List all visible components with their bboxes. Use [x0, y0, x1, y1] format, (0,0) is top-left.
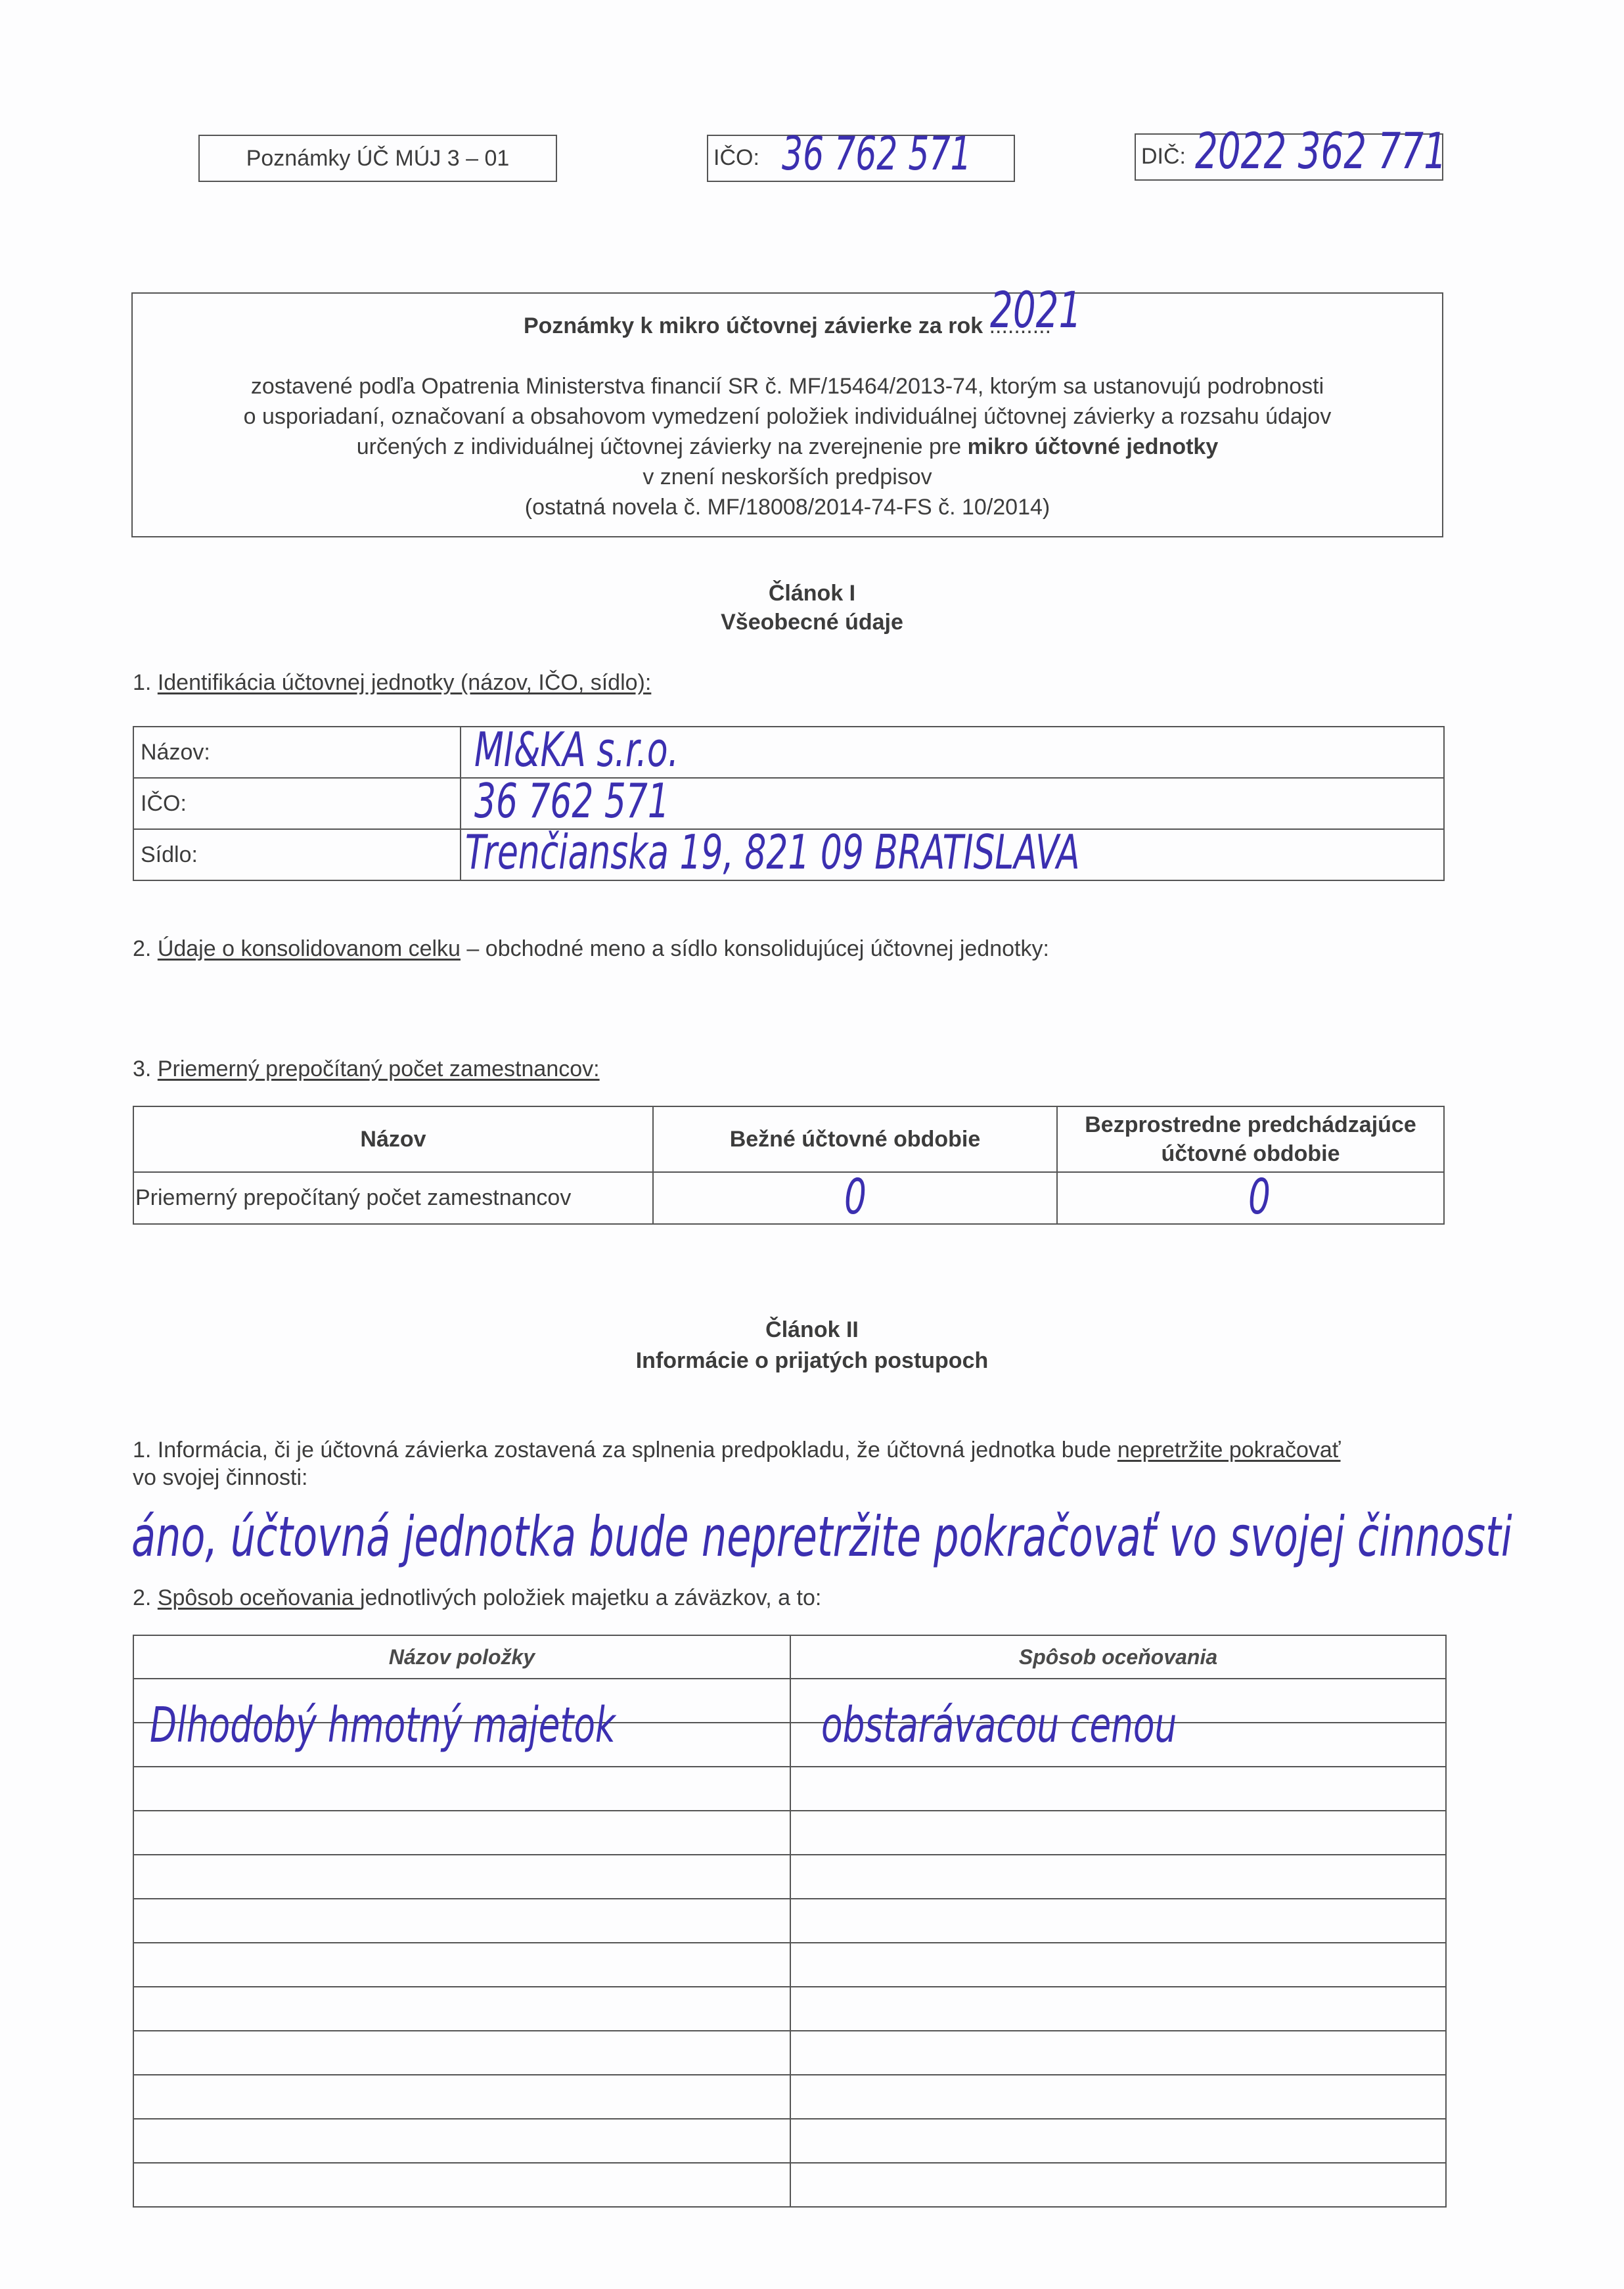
col-header-item-name: Názov položky	[133, 1635, 790, 1679]
section-title: Údaje o konsolidovanom celku	[158, 936, 461, 961]
section-title: Priemerný prepočítaný počet zamestnancov…	[158, 1056, 600, 1081]
item-name-cell[interactable]	[133, 1811, 790, 1855]
item-name-value: Dlhodobý hmotný majetok	[150, 1697, 616, 1754]
valuation-method-value: obstarávacou cenou	[821, 1697, 1177, 1754]
item-name-cell[interactable]	[133, 1855, 790, 1899]
section-title: Spôsob oceňovania	[158, 1585, 360, 1610]
dic-label[interactable]: DIČ:	[1141, 144, 1186, 170]
section-number: 2.	[133, 936, 158, 961]
item-name-cell[interactable]	[133, 2031, 790, 2075]
article-1-heading: Článok I	[0, 581, 1624, 606]
employees-previous-value: 0	[1248, 1169, 1271, 1225]
going-concern-text: 1. Informácia, či je účtovná závierka zo…	[133, 1438, 1117, 1462]
section-1-identification-label: 1. Identifikácia účtovnej jednotky (názo…	[133, 670, 651, 696]
description-line-4: v znení neskorších predpisov	[133, 462, 1442, 492]
section-number: 3.	[133, 1056, 158, 1081]
section-number: 1.	[133, 670, 158, 695]
title-text: Poznámky k mikro účtovnej závierke za ro…	[524, 313, 989, 338]
col-header-current-period: Bežné účtovné obdobie	[653, 1106, 1057, 1172]
valuation-method-cell[interactable]	[790, 2119, 1446, 2163]
description-line-3-text: určených z individuálnej účtovnej závier…	[357, 434, 968, 459]
valuation-method-cell[interactable]: obstarávacou cenou	[790, 1723, 1446, 1767]
table-row	[133, 2163, 1446, 2207]
item-name-cell[interactable]	[133, 1767, 790, 1811]
valuation-table: Názov položky Spôsob oceňovania Dlhodobý…	[133, 1635, 1447, 2208]
section-title: Identifikácia účtovnej jednotky (názov, …	[158, 670, 652, 695]
valuation-method-cell[interactable]	[790, 1767, 1446, 1811]
section-description: jednotlivých položiek majetku a záväzkov…	[360, 1585, 821, 1610]
table-row	[133, 2075, 1446, 2119]
table-row: Dlhodobý hmotný majetokobstarávacou ceno…	[133, 1723, 1446, 1767]
ico-row-value: 36 762 571	[474, 773, 669, 828]
form-code-box: Poznámky ÚČ MÚJ 3 – 01	[198, 135, 557, 182]
table-row	[133, 1899, 1446, 1943]
valuation-method-cell[interactable]	[790, 1855, 1446, 1899]
table-row	[133, 1943, 1446, 1987]
item-name-cell[interactable]	[133, 1987, 790, 2031]
section-number: 2.	[133, 1585, 158, 1610]
section-2-consolidation-label: 2. Údaje o konsolidovanom celku – obchod…	[133, 936, 1049, 962]
table-header-row: Názov položky Spôsob oceňovania	[133, 1635, 1446, 1679]
ico-value[interactable]: 36 762 571	[782, 127, 972, 181]
employees-table: Názov Bežné účtovné obdobie Bezprostredn…	[133, 1106, 1445, 1225]
item-name-cell[interactable]	[133, 2119, 790, 2163]
ico-row-label: IČO:	[133, 778, 461, 829]
address-field[interactable]: Trenčianska 19, 821 09 BRATISLAVA	[461, 829, 1444, 880]
item-name-cell[interactable]	[133, 1899, 790, 1943]
item-name-cell[interactable]: Dlhodobý hmotný majetok	[133, 1723, 790, 1767]
employees-previous-field[interactable]: 0	[1057, 1172, 1444, 1224]
article-1-subheading: Všeobecné údaje	[0, 610, 1624, 635]
employees-current-value: 0	[844, 1169, 867, 1225]
form-code-label: Poznámky ÚČ MÚJ 3 – 01	[200, 136, 556, 181]
name-value: MI&KA s.r.o.	[474, 722, 679, 777]
title-description: zostavené podľa Opatrenia Ministerstva f…	[133, 371, 1442, 522]
address-value: Trenčianska 19, 821 09 BRATISLAVA	[465, 825, 1080, 880]
valuation-method-cell[interactable]	[790, 2031, 1446, 2075]
description-line-1: zostavené podľa Opatrenia Ministerstva f…	[133, 371, 1442, 401]
year-value[interactable]: 2021	[990, 281, 1081, 339]
address-label: Sídlo:	[133, 829, 461, 880]
table-row	[133, 1811, 1446, 1855]
item-name-cell[interactable]	[133, 1943, 790, 1987]
dic-value[interactable]: 2022 362 771	[1195, 122, 1447, 180]
going-concern-question: 1. Informácia, či je účtovná závierka zo…	[133, 1436, 1447, 1491]
section-2-valuation-label: 2. Spôsob oceňovania jednotlivých položi…	[133, 1585, 821, 1611]
document-title: Poznámky k mikro účtovnej závierke za ro…	[133, 313, 1442, 339]
table-row: IČO: 36 762 571	[133, 778, 1444, 829]
table-row	[133, 1987, 1446, 2031]
title-box: Poznámky k mikro účtovnej závierke za ro…	[131, 292, 1443, 537]
article-2-subheading: Informácie o prijatých postupoch	[0, 1348, 1624, 1374]
item-name-cell[interactable]	[133, 2075, 790, 2119]
going-concern-underlined: nepretržite pokračovať	[1117, 1438, 1341, 1462]
employees-current-field[interactable]: 0	[653, 1172, 1057, 1224]
name-field[interactable]: MI&KA s.r.o.	[461, 727, 1444, 778]
table-row	[133, 2119, 1446, 2163]
table-row	[133, 2031, 1446, 2075]
identification-table: Názov: MI&KA s.r.o. IČO: 36 762 571 Sídl…	[133, 726, 1445, 881]
table-header-row: Názov Bežné účtovné obdobie Bezprostredn…	[133, 1106, 1444, 1172]
dic-box: DIČ: 2022 362 771	[1135, 133, 1443, 181]
table-row	[133, 1855, 1446, 1899]
article-2-heading: Článok II	[0, 1317, 1624, 1343]
valuation-method-cell[interactable]	[790, 1899, 1446, 1943]
valuation-method-cell[interactable]	[790, 1987, 1446, 2031]
ico-field[interactable]: 36 762 571	[461, 778, 1444, 829]
table-row: Priemerný prepočítaný počet zamestnancov…	[133, 1172, 1444, 1224]
description-line-3-bold: mikro účtovné jednotky	[968, 434, 1219, 459]
valuation-method-cell[interactable]	[790, 1943, 1446, 1987]
ico-box: IČO: 36 762 571	[707, 135, 1015, 182]
section-description: – obchodné meno a sídlo konsolidujúcej ú…	[461, 936, 1049, 961]
col-header-valuation-method: Spôsob oceňovania	[790, 1635, 1446, 1679]
col-header-previous-period: Bezprostredne predchádzajúce účtovné obd…	[1057, 1106, 1444, 1172]
ico-label[interactable]: IČO:	[713, 145, 759, 171]
item-name-cell[interactable]	[133, 2163, 790, 2207]
col-header-name: Názov	[133, 1106, 653, 1172]
description-line-5: (ostatná novela č. MF/18008/2014-74-FS č…	[133, 492, 1442, 522]
going-concern-text-line-2: vo svojej činnosti:	[133, 1465, 307, 1490]
description-line-3: určených z individuálnej účtovnej závier…	[133, 432, 1442, 462]
section-3-employees-label: 3. Priemerný prepočítaný počet zamestnan…	[133, 1056, 600, 1082]
valuation-method-cell[interactable]	[790, 2163, 1446, 2207]
going-concern-answer[interactable]: áno, účtovná jednotka bude nepretržite p…	[131, 1505, 1512, 1569]
name-label: Názov:	[133, 727, 461, 778]
table-row: Sídlo: Trenčianska 19, 821 09 BRATISLAVA	[133, 829, 1444, 880]
table-row: Názov: MI&KA s.r.o.	[133, 727, 1444, 778]
table-row	[133, 1767, 1446, 1811]
employees-row-label: Priemerný prepočítaný počet zamestnancov	[133, 1172, 653, 1224]
description-line-2: o usporiadaní, označovaní a obsahovom vy…	[133, 401, 1442, 432]
valuation-method-cell[interactable]	[790, 1811, 1446, 1855]
valuation-method-cell[interactable]	[790, 2075, 1446, 2119]
